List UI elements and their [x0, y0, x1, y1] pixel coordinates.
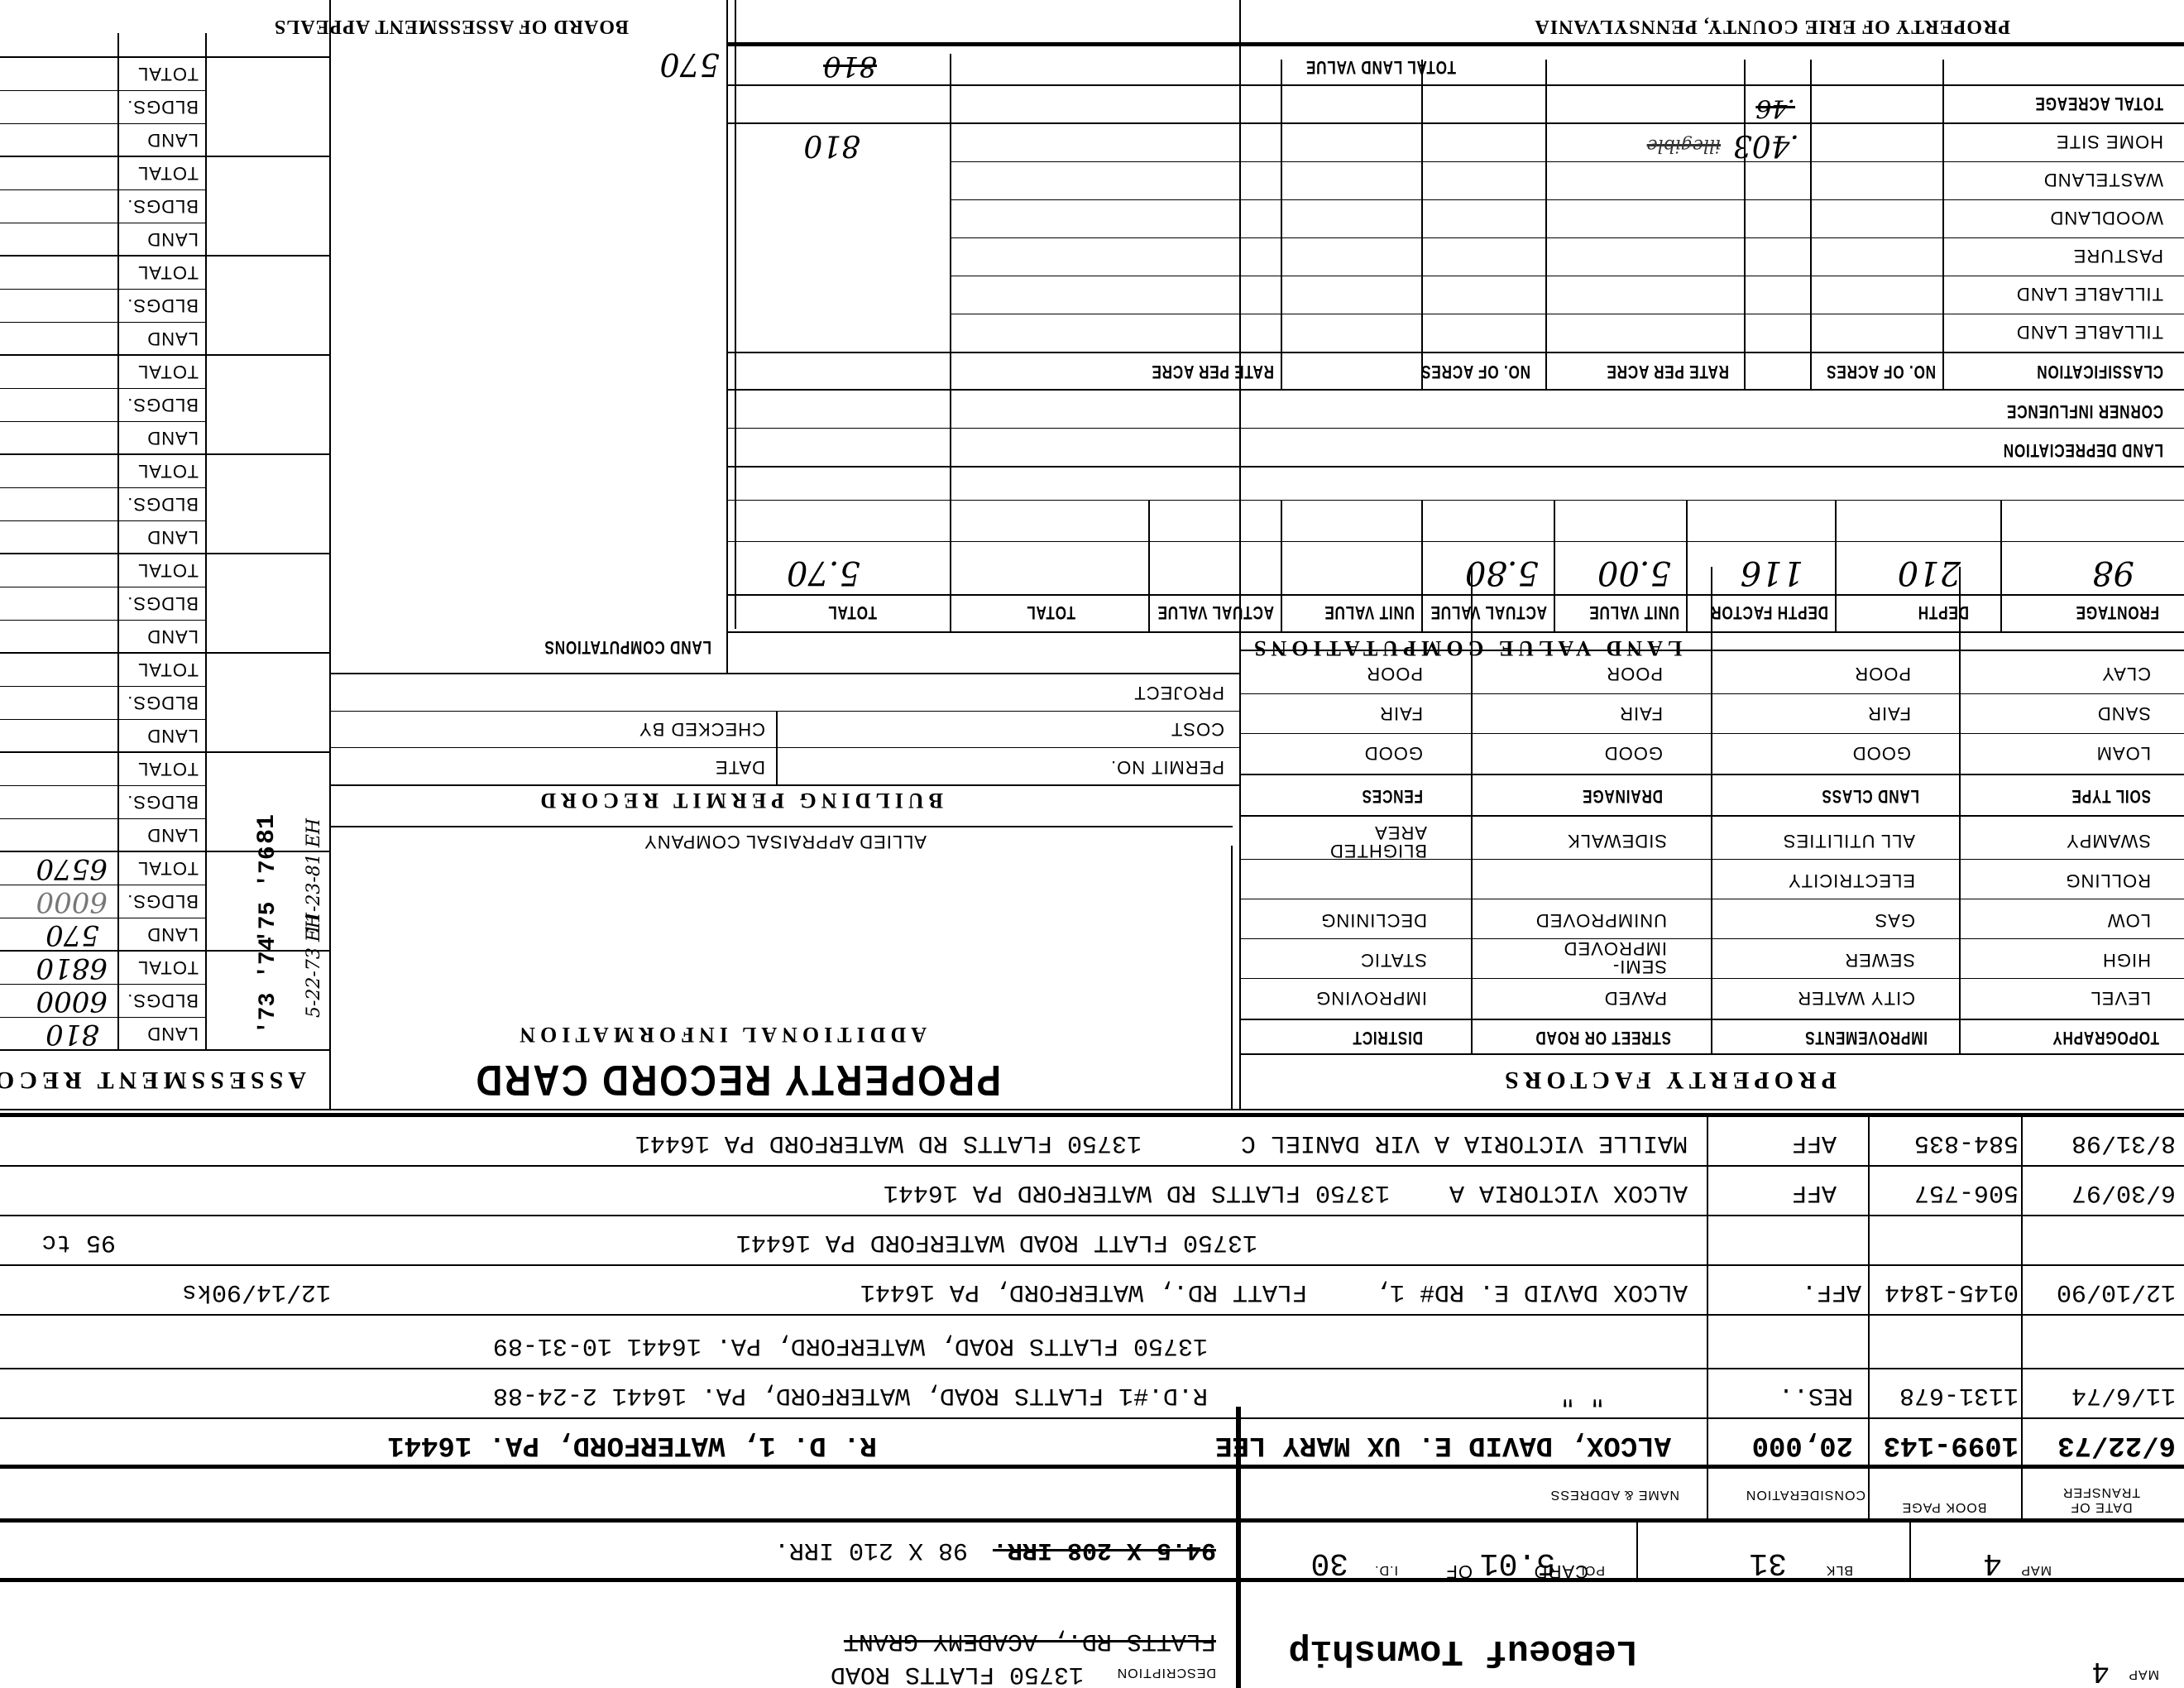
checkbox-label[interactable]: ROLLING [2065, 870, 2151, 891]
owner-header: PROPERTY OF ERIE COUNTY, PENNSYLVANIA [1534, 15, 2010, 37]
depth-value: 210 [1898, 554, 1961, 592]
land-label: LAND [146, 725, 199, 746]
transfer-date: 11/6/74 [2071, 1381, 2176, 1409]
header-no-of-acres-2: NO. OF ACRES [1420, 361, 1530, 382]
transfer-address: 13750 FLATTS RD WATERFORD PA 16441 [884, 1178, 1390, 1206]
bldgs-label: BLDGS. [127, 692, 199, 713]
transfer-row: 6/30/97 506-757 AFF ALCOX VICTORIA A 137… [0, 1167, 2184, 1216]
header-date-of-transfer: DATE OF TRANSFER [2035, 1484, 2167, 1514]
permit-cost-label: COST [1171, 718, 1224, 740]
checkbox-label[interactable]: GAS [1875, 909, 1915, 931]
transfer-address: R. D. 1, WATERFORD, PA. 16441 [387, 1429, 877, 1460]
total-label: TOTAL [137, 361, 199, 382]
transfer-consideration: AFF [1792, 1178, 1837, 1206]
bldgs-label: BLDGS. [127, 990, 199, 1011]
header-actual-value: ACTUAL VALUE [1430, 602, 1547, 623]
row-label-pasture: PASTURE [2073, 245, 2163, 266]
checkbox-label[interactable]: CITY WATER [1797, 987, 1915, 1009]
permit-date-label: DATE [715, 756, 765, 778]
property-record-card: CARD OF LeBoeuf Township MAP 4 DESCRIPTI… [0, 0, 2184, 1688]
checkbox-label[interactable]: IMPROVING [1315, 987, 1427, 1009]
checkbox-label[interactable]: GOOD [1604, 742, 1663, 764]
checkbox-label[interactable]: ALL UTILITIES [1783, 830, 1915, 851]
assessment-years: '75 '76 [256, 846, 281, 943]
checkbox-label[interactable]: DECLINING [1320, 909, 1427, 931]
header-unit-value: UNIT VALUE [1589, 602, 1679, 623]
land-label: LAND [146, 824, 199, 846]
transfer-consideration: 20,000 [1752, 1429, 1853, 1460]
transfer-address: 13750 FLATTS RD WATERFORD PA 16441 [635, 1129, 1142, 1157]
id-number: 30 [1310, 1545, 1348, 1580]
land-label: LAND [146, 626, 199, 647]
bldgs-label: BLDGS. [127, 394, 199, 415]
pcl-number: 5.01 [1480, 1545, 1555, 1580]
transfer-book-page: 1099-143 [1884, 1429, 2019, 1460]
transfer-date: 6/30/97 [2071, 1178, 2176, 1206]
total-label: TOTAL [137, 63, 199, 84]
header-book-page: BOOK PAGE [1894, 1499, 1994, 1514]
map-number: 4 [1983, 1545, 2002, 1580]
checkbox-label[interactable]: POOR [1606, 663, 1663, 684]
header-street-or-road: STREET OR ROAD [1535, 1027, 1671, 1048]
property-factors-table: TOPOGRAPHY IMPROVEMENTS STREET OR ROAD D… [1241, 848, 2184, 1055]
dims-struck: 94.5 X 208 IRR. [993, 1536, 1216, 1564]
bldgs-label: BLDGS. [127, 493, 199, 515]
assessment-record-table: 5-22-73 EH '73 '74 LAND 810 BLDGS. 6000 … [0, 33, 331, 1051]
land-label: LAND [146, 923, 199, 945]
row-label-tillable: TILLABLE LAND [2016, 321, 2163, 343]
checkbox-label[interactable]: POOR [1366, 663, 1423, 684]
assessment-total: 6570 [36, 852, 108, 885]
header-frontage: FRONTAGE [2076, 602, 2159, 623]
header-classification: CLASSIFICATION [2036, 361, 2163, 382]
parcel-row: MAP 4 BLK 31 PCL 5.01 I.D. 30 [1241, 1523, 2184, 1582]
total-acreage-struck: .46 [1755, 94, 1795, 122]
checkbox-label[interactable]: SWAMPY [2066, 830, 2151, 851]
land-label: LAND [146, 427, 199, 448]
checkbox-label[interactable]: SAND [2097, 703, 2151, 724]
checkbox-label[interactable]: FAIR [1619, 703, 1663, 724]
total-land-value-label: TOTAL LAND VALUE [1305, 56, 1456, 78]
header-rate-per-acre-2: RATE PER ACRE [1152, 361, 1274, 382]
total-label: TOTAL [137, 758, 199, 779]
description-label: DESCRIPTION [1117, 1665, 1216, 1680]
home-site-value: 810 [803, 128, 860, 162]
header-depth-factor: DEPTH FACTOR [1710, 602, 1828, 623]
checkbox-label[interactable]: GOOD [1364, 742, 1423, 764]
checkbox-label[interactable]: SEMI-IMPROVED [1543, 939, 1667, 976]
header-depth: DEPTH [1918, 602, 1969, 623]
description-line1: 13750 FLATTS ROAD [831, 1660, 1084, 1688]
row-label-woodland: WOODLAND [2049, 207, 2163, 228]
transfer-address: R.D.#1 FLATTS ROAD, WATERFORD, PA. 16441… [493, 1381, 1208, 1409]
land-label: LAND [146, 526, 199, 548]
checkbox-label[interactable]: HIGH [2102, 949, 2151, 971]
pcl-label: PCL [1577, 1562, 1605, 1577]
property-factors-title: PROPERTY FACTORS [1500, 1066, 1837, 1094]
transfer-consideration: AFF. [1802, 1278, 1861, 1306]
map-value: 4 [2091, 1654, 2110, 1688]
land-computations-title: LAND COMPUTATIONS [544, 636, 711, 658]
total-land-value-struck: 810 [823, 50, 877, 83]
assessment-bldgs: 6000 [36, 985, 108, 1018]
permit-project-label: PROJECT [1133, 682, 1224, 703]
header-fences: FENCES [1362, 785, 1423, 807]
header-name-address: NAME & ADDRESS [1550, 1487, 1679, 1502]
transfer-row: 6/22/73 1099-143 20,000 ALCOX, DAVID E. … [0, 1419, 2184, 1469]
transfer-name: ALCOX DAVID E. RD# 1, [1375, 1278, 1688, 1306]
header-total-2: TOTAL [827, 602, 877, 623]
row-label-wasteland: WASTELAND [2043, 169, 2163, 190]
transfer-date: 12/10/90 [2057, 1278, 2176, 1306]
checkbox-label[interactable]: SIDEWALK [1567, 830, 1667, 851]
checkbox-label[interactable]: STATIC [1360, 949, 1427, 971]
bldgs-label: BLDGS. [127, 96, 199, 117]
transfer-book-page: 506-757 [1914, 1178, 2019, 1206]
township-name: LeBoeuf Township [1289, 1630, 1638, 1671]
bldgs-label: BLDGS. [127, 295, 199, 316]
land-label: LAND [146, 328, 199, 349]
home-site-note: illegible [1647, 135, 1721, 156]
header-total: TOTAL [1026, 602, 1075, 623]
transfer-consideration: AFF [1792, 1129, 1837, 1157]
checkbox-label[interactable]: GOOD [1852, 742, 1911, 764]
header-consideration: CONSIDERATION [1746, 1487, 1865, 1502]
total-label: TOTAL [137, 559, 199, 581]
total-value: 5.70 [787, 554, 860, 592]
transfer-name: MAILLE VICTORIA A VIR DANIEL C [1241, 1129, 1688, 1157]
transfer-name: ALCOX, DAVID E. UX MARY LEE [1215, 1429, 1671, 1460]
header-unit-value-2: UNIT VALUE [1324, 602, 1415, 623]
land-depreciation-label: LAND DEPRECIATION [2003, 439, 2163, 461]
id-label: I.D. [1374, 1562, 1398, 1577]
land-label: LAND [146, 228, 199, 250]
checkbox-label[interactable]: PAVED [1604, 987, 1667, 1009]
blk-label: BLK [1826, 1562, 1853, 1577]
transfer-date: 6/22/73 [2057, 1429, 2176, 1460]
header-no-of-acres: NO. OF ACRES [1826, 361, 1936, 382]
building-permit-title: BUILDING PERMIT RECORD [535, 788, 943, 813]
total-label: TOTAL [137, 261, 199, 283]
dims: 98 X 210 IRR. [774, 1536, 968, 1564]
transfer-book-page: 584-835 [1914, 1129, 2019, 1157]
header-soil-type: SOIL TYPE [2071, 785, 2151, 807]
transfer-name: ALCOX VICTORIA A [1449, 1178, 1688, 1206]
checkbox-label[interactable]: UNIMPROVED [1535, 909, 1667, 931]
checkbox-label[interactable]: SEWER [1844, 949, 1915, 971]
total-label: TOTAL [137, 957, 199, 978]
land-label: LAND [146, 129, 199, 151]
checkbox-label[interactable]: POOR [1854, 663, 1911, 684]
row-label-home-site: HOME SITE [2056, 131, 2163, 152]
corner-influence-label: CORNER INFLUENCE [2006, 400, 2163, 422]
transfer-note: 12/14/90ks [182, 1278, 331, 1306]
bldgs-label: BLDGS. [127, 890, 199, 912]
classification-table: CLASSIFICATION NO. OF ACRES RATE PER ACR… [728, 43, 2184, 391]
total-label: TOTAL [137, 460, 199, 482]
checkbox-label[interactable]: ELECTRICITY [1788, 870, 1915, 891]
checkbox-label[interactable]: LEVEL [2091, 987, 2152, 1009]
assessment-total: 6810 [36, 952, 108, 985]
assessment-land: 570 [45, 918, 99, 952]
description-struck: FLATTS RD., ACADEMY GRANT [844, 1627, 1216, 1655]
total-label: TOTAL [137, 857, 199, 879]
header-rate-per-acre: RATE PER ACRE [1607, 361, 1729, 382]
transfer-consideration: RES.. [1779, 1381, 1853, 1409]
assessment-land: 810 [45, 1018, 99, 1051]
land-label: LAND [146, 1023, 199, 1044]
transfer-book-page: 0145-1844 [1885, 1278, 2019, 1306]
header-drainage: DRAINAGE [1582, 785, 1663, 807]
map-label: MAP [2128, 1666, 2159, 1681]
bldgs-label: BLDGS. [127, 791, 199, 813]
transfer-row: 12/10/90 0145-1844 AFF. ALCOX DAVID E. R… [0, 1266, 2184, 1316]
checkbox-label[interactable]: LOW [2107, 909, 2151, 931]
land-value-table: FRONTAGE DEPTH DEPTH FACTOR UNIT VALUE A… [728, 542, 2184, 633]
assessment-years: 81 [253, 814, 281, 844]
transfer-row: 11/6/74 1131-678 RES.. " " R.D.#1 FLATTS… [0, 1369, 2184, 1419]
header-improvements: IMPROVEMENTS [1804, 1027, 1928, 1048]
assessment-bldgs: 6000 [36, 885, 108, 918]
row-label-tillable-2: TILLABLE LAND [2016, 283, 2163, 305]
header-district: DISTRICT [1353, 1027, 1423, 1048]
transfer-book-page: 1131-678 [1899, 1381, 2019, 1409]
transfer-date: 8/31/98 [2071, 1129, 2176, 1157]
checkbox-label[interactable]: CLAY [2101, 663, 2151, 684]
checkbox-label[interactable]: BLIGHTED AREA [1319, 823, 1427, 860]
additional-info-title: ADDITIONAL INFORMATION [515, 1022, 927, 1047]
frontage-value: 98 [2092, 554, 2134, 592]
transfer-note: 95 tc [41, 1228, 116, 1256]
checkbox-label[interactable]: FAIR [1867, 703, 1911, 724]
total-label: TOTAL [137, 162, 199, 184]
transfer-address: FLATT RD., WATERFORD, PA 16441 [860, 1278, 1307, 1306]
header-land-class: LAND CLASS [1822, 785, 1919, 807]
total-land-value: 570 [659, 46, 720, 83]
card-title: PROPERTY RECORD CARD [474, 1055, 1001, 1105]
transfer-name: " " [1560, 1381, 1605, 1409]
checkbox-label[interactable]: LOAM [2096, 742, 2151, 764]
actual-value: 5.80 [1465, 554, 1539, 592]
home-site-acres: .403 [1733, 128, 1799, 162]
assessment-record-title: ASSESSMENT RECORD [0, 1066, 306, 1094]
permit-no-label: PERMIT NO. [1110, 756, 1224, 778]
header-actual-value-2: ACTUAL VALUE [1157, 602, 1274, 623]
transfer-row: 13750 FLATT ROAD WATERFORD PA 16441 95 t… [0, 1216, 2184, 1266]
map-label-2: MAP [2020, 1562, 2052, 1577]
bldgs-label: BLDGS. [127, 195, 199, 217]
unit-value: 5.00 [1597, 554, 1671, 592]
permit-checked-by-label: CHECKED BY [639, 718, 765, 740]
checkbox-label[interactable]: FAIR [1379, 703, 1423, 724]
transfer-address: 13750 FLATTS ROAD, WATERFORD, PA. 16441 … [493, 1331, 1208, 1360]
land-value-title: LAND VALUE COMPUTATIONS [1249, 635, 1682, 660]
depth-factor-value: 116 [1741, 554, 1803, 592]
transfer-address: 13750 FLATT ROAD WATERFORD PA 16441 [736, 1228, 1257, 1256]
blk-number: 31 [1749, 1545, 1787, 1580]
total-label: TOTAL [137, 659, 199, 680]
transfer-row: 13750 FLATTS ROAD, WATERFORD, PA. 16441 … [0, 1320, 2184, 1369]
transfer-row: 8/31/98 584-835 AFF MAILLE VICTORIA A VI… [0, 1117, 2184, 1167]
assessment-years: '73 '74 [256, 937, 281, 1034]
row-label-total-acreage: TOTAL ACREAGE [2035, 93, 2163, 114]
assessment-date: 11-23-81 EH [304, 818, 324, 935]
header-topography: TOPOGRAPHY [2052, 1027, 2159, 1048]
bldgs-label: BLDGS. [127, 592, 199, 614]
allied-appraisal-company: ALLIED APPRAISAL COMPANY [644, 831, 927, 852]
